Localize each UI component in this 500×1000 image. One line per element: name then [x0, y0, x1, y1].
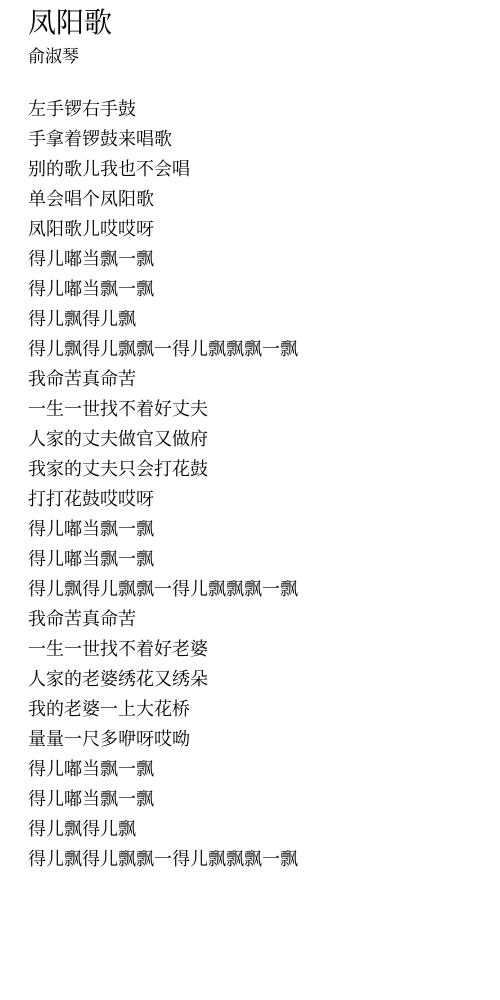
lyric-line: 我家的丈夫只会打花鼓 — [28, 454, 480, 484]
artist-name: 俞淑琴 — [28, 46, 480, 68]
lyric-line: 得儿飘得儿飘飘一得儿飘飘飘一飘 — [28, 574, 480, 604]
lyric-line: 得儿飘得儿飘飘一得儿飘飘飘一飘 — [28, 844, 480, 874]
lyric-line: 得儿嘟当飘一飘 — [28, 244, 480, 274]
song-title: 凤阳歌 — [28, 6, 480, 40]
lyric-line: 人家的老婆绣花又绣朵 — [28, 664, 480, 694]
lyric-line: 一生一世找不着好丈夫 — [28, 394, 480, 424]
lyric-line: 得儿飘得儿飘 — [28, 304, 480, 334]
lyric-line: 一生一世找不着好老婆 — [28, 634, 480, 664]
lyrics-page: 凤阳歌 俞淑琴 左手锣右手鼓 手拿着锣鼓来唱歌 别的歌儿我也不会唱 单会唱个凤阳… — [0, 0, 500, 1000]
lyric-line: 别的歌儿我也不会唱 — [28, 154, 480, 184]
lyric-line: 手拿着锣鼓来唱歌 — [28, 124, 480, 154]
lyric-line: 得儿飘得儿飘飘一得儿飘飘飘一飘 — [28, 334, 480, 364]
lyric-line: 得儿嘟当飘一飘 — [28, 754, 480, 784]
lyric-line: 我命苦真命苦 — [28, 364, 480, 394]
lyric-line: 我的老婆一上大花桥 — [28, 694, 480, 724]
lyric-line: 得儿嘟当飘一飘 — [28, 544, 480, 574]
lyrics-section: 左手锣右手鼓 手拿着锣鼓来唱歌 别的歌儿我也不会唱 单会唱个凤阳歌 凤阳歌儿哎哎… — [28, 94, 480, 874]
lyric-line: 单会唱个凤阳歌 — [28, 184, 480, 214]
lyric-line: 人家的丈夫做官又做府 — [28, 424, 480, 454]
lyric-line: 打打花鼓哎哎呀 — [28, 484, 480, 514]
lyric-line: 凤阳歌儿哎哎呀 — [28, 214, 480, 244]
lyric-line: 量量一尺多咿呀哎呦 — [28, 724, 480, 754]
lyric-line: 得儿嘟当飘一飘 — [28, 274, 480, 304]
lyric-line: 得儿飘得儿飘 — [28, 814, 480, 844]
lyric-line: 得儿嘟当飘一飘 — [28, 514, 480, 544]
lyric-line: 得儿嘟当飘一飘 — [28, 784, 480, 814]
lyric-line: 左手锣右手鼓 — [28, 94, 480, 124]
lyric-line: 我命苦真命苦 — [28, 604, 480, 634]
